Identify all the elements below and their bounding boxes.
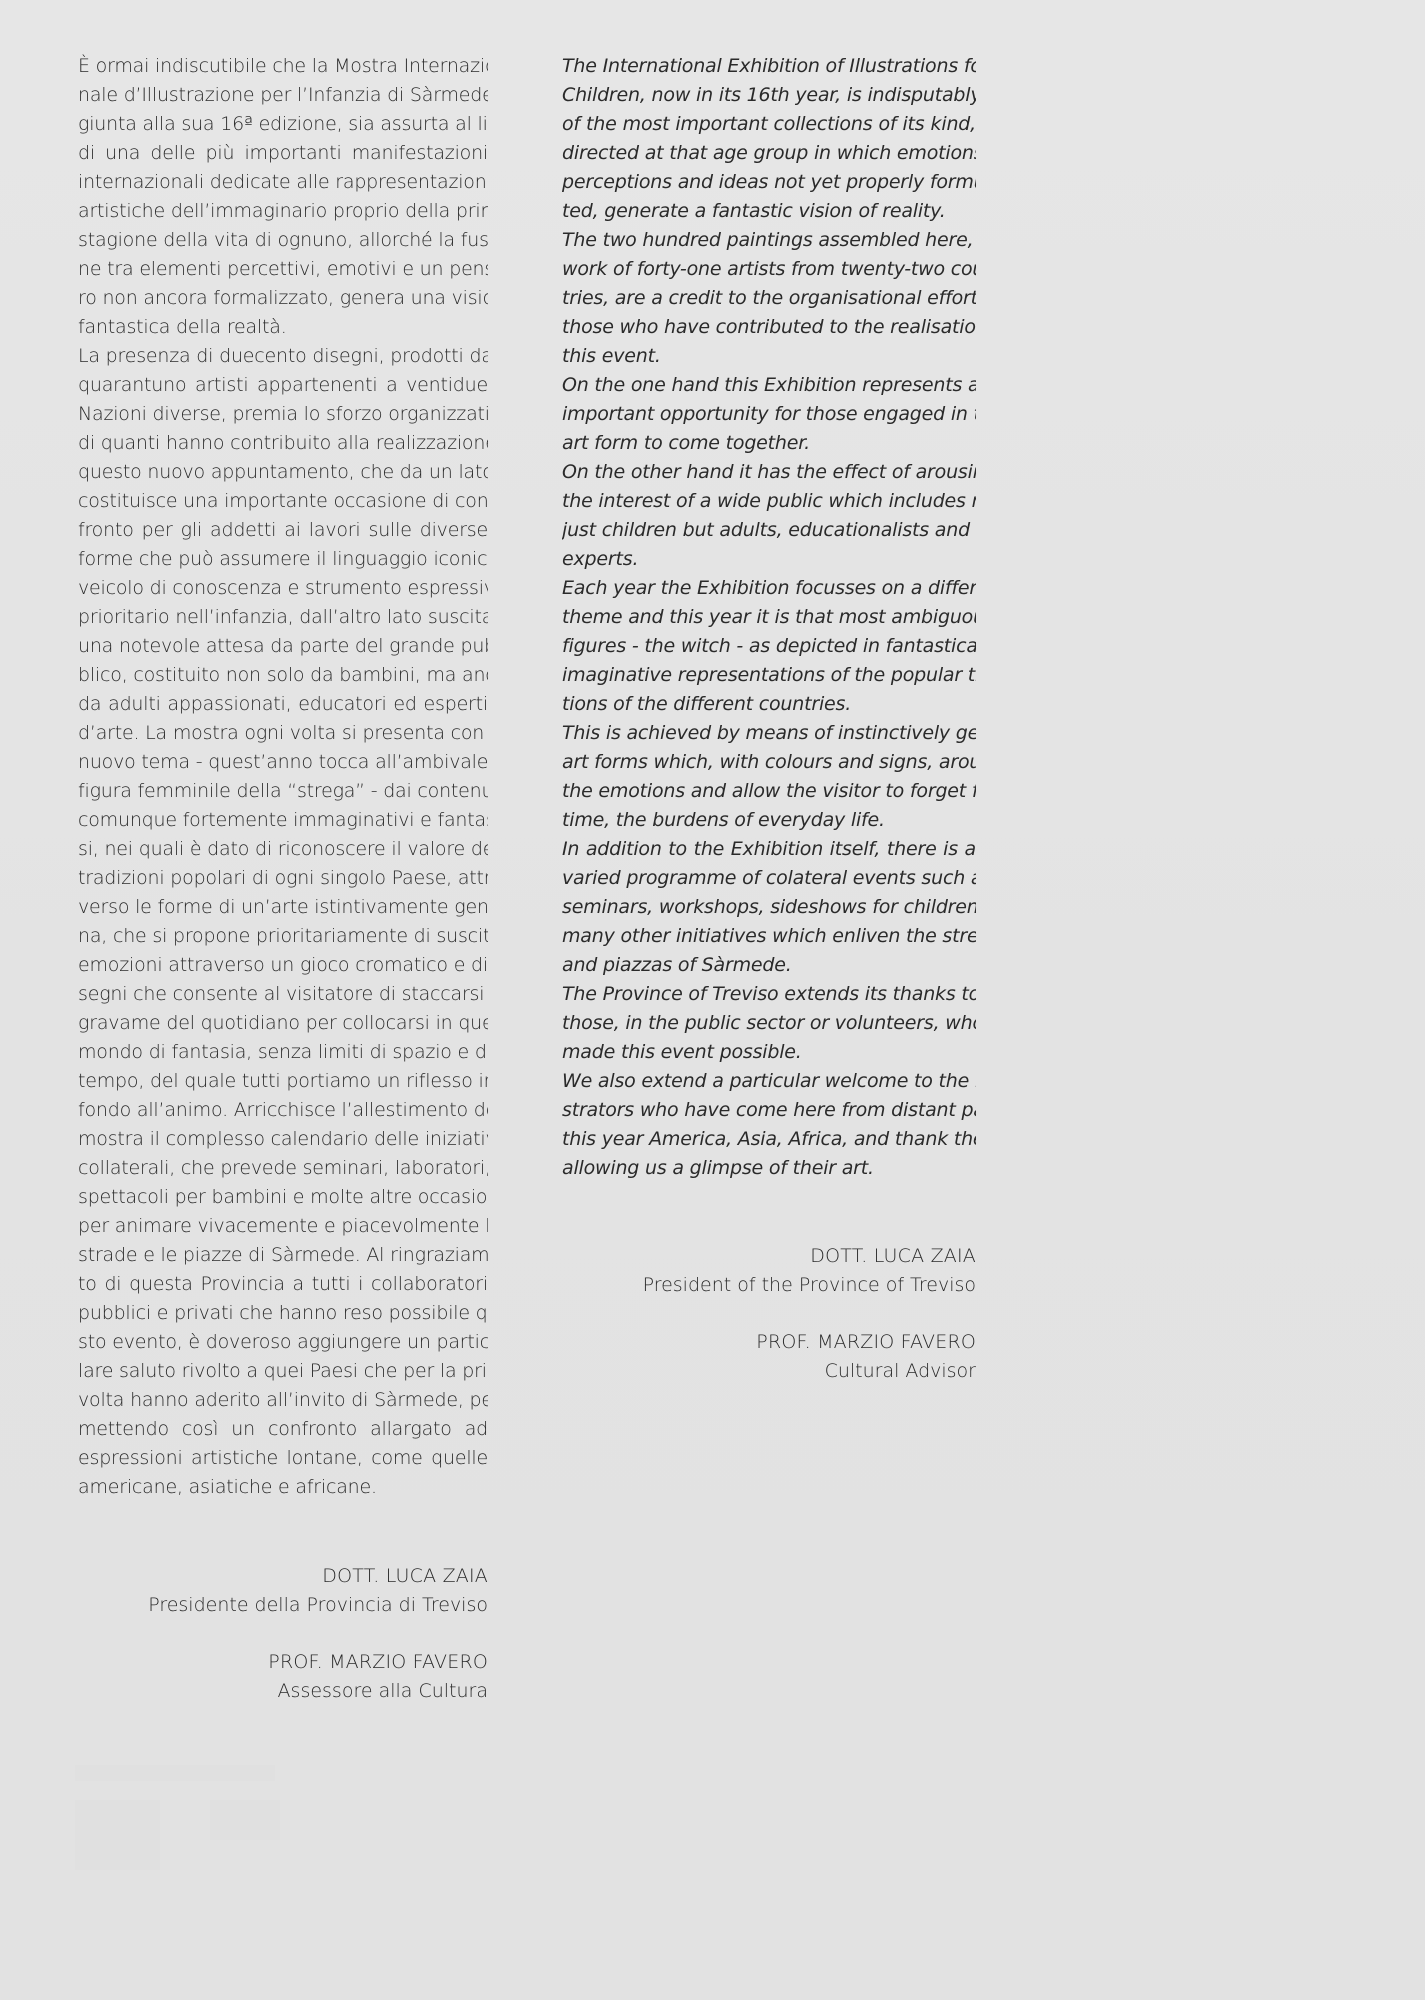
- signature-role: Cultural Advisor: [596, 1357, 976, 1386]
- text-line: directed at that age group in which emot…: [562, 139, 976, 168]
- text-line: fantastica della realtà.: [78, 313, 488, 342]
- text-line: d’arte. La mostra ogni volta si presenta…: [78, 719, 488, 748]
- text-line: mostra il complesso calendario delle ini…: [78, 1125, 488, 1154]
- text-line: americane, asiatiche e africane.: [78, 1473, 488, 1502]
- text-line: the emotions and allow the visitor to fo…: [562, 777, 976, 806]
- text-line: di quanti hanno contribuito alla realizz…: [78, 429, 488, 458]
- text-line: The International Exhibition of Illustra…: [562, 52, 976, 81]
- text-line: una notevole attesa da parte del grande …: [78, 632, 488, 661]
- text-line: espressioni artistiche lontane, come que…: [78, 1444, 488, 1473]
- italian-signatures: DOTT. LUCA ZAIA Presidente della Provinc…: [108, 1562, 488, 1706]
- text-line: This is achieved by means of instinctive…: [562, 719, 976, 748]
- text-line: nale d’Illustrazione per l’Infanzia di S…: [78, 81, 488, 110]
- show-through-block: [210, 1800, 280, 1840]
- text-line: mettendo così un confronto allargato ad: [78, 1415, 488, 1444]
- text-line: quarantuno artisti appartenenti a ventid…: [78, 371, 488, 400]
- text-line: giunta alla sua 16ª edizione, sia assurt…: [78, 110, 488, 139]
- text-line: na, che si propone prioritariamente di s…: [78, 922, 488, 951]
- text-line: those, in the public sector or volunteer…: [562, 1009, 976, 1038]
- show-through-block: [75, 1800, 160, 1870]
- text-line: strade e le piazze di Sàrmede. Al ringra…: [78, 1241, 488, 1270]
- english-signatures: DOTT. LUCA ZAIA President of the Provinc…: [596, 1242, 976, 1386]
- text-line: costituisce una importante occasione di …: [78, 487, 488, 516]
- text-line: fronto per gli addetti ai lavori sulle d…: [78, 516, 488, 545]
- signature-role: Assessore alla Cultura: [108, 1677, 488, 1706]
- text-line: On the one hand this Exhibition represen…: [562, 371, 976, 400]
- text-line: internazionali dedicate alle rappresenta…: [78, 168, 488, 197]
- text-line: tions of the different countries.: [562, 690, 976, 719]
- text-line: art forms which, with colours and signs,…: [562, 748, 976, 777]
- text-line: sto evento, è doveroso aggiungere un par…: [78, 1328, 488, 1357]
- text-line: time, the burdens of everyday life.: [562, 806, 976, 835]
- text-line: experts.: [562, 545, 976, 574]
- text-line: veicolo di conoscenza e strumento espres…: [78, 574, 488, 603]
- text-line: and piazzas of Sàrmede.: [562, 951, 976, 980]
- text-line: spettacoli per bambini e molte altre occ…: [78, 1183, 488, 1212]
- text-line: forme che può assumere il linguaggio ico…: [78, 545, 488, 574]
- text-line: Nazioni diverse, premia lo sforzo organi…: [78, 400, 488, 429]
- text-line: perceptions and ideas not yet properly f…: [562, 168, 976, 197]
- text-line: this year America, Asia, Africa, and tha…: [562, 1125, 976, 1154]
- text-line: si, nei quali è dato di riconoscere il v…: [78, 835, 488, 864]
- text-line: the interest of a wide public which incl…: [562, 487, 976, 516]
- text-line: pubblici e privati che hanno reso possib…: [78, 1299, 488, 1328]
- text-line: È ormai indiscutibile che la Mostra Inte…: [78, 52, 488, 81]
- text-line: tries, are a credit to the organisationa…: [562, 284, 976, 313]
- text-line: tempo, del quale tutti portiamo un rifle…: [78, 1067, 488, 1096]
- text-line: La presenza di duecento disegni, prodott…: [78, 342, 488, 371]
- signature-name: DOTT. LUCA ZAIA: [108, 1562, 488, 1591]
- text-line: seminars, workshops, sideshows for child…: [562, 893, 976, 922]
- text-line: ted, generate a fantastic vision of real…: [562, 197, 976, 226]
- text-line: We also extend a particular welcome to t…: [562, 1067, 976, 1096]
- signature-role: President of the Province of Treviso: [596, 1271, 976, 1300]
- text-line: varied programme of colateral events suc…: [562, 864, 976, 893]
- text-line: On the other hand it has the effect of a…: [562, 458, 976, 487]
- text-line: important opportunity for those engaged …: [562, 400, 976, 429]
- text-line: figures - the witch - as depicted in fan…: [562, 632, 976, 661]
- text-line: volta hanno aderito all’invito di Sàrmed…: [78, 1386, 488, 1415]
- text-line: just children but adults, educationalist…: [562, 516, 976, 545]
- signature-name: PROF. MARZIO FAVERO: [108, 1648, 488, 1677]
- text-line: collaterali, che prevede seminari, labor…: [78, 1154, 488, 1183]
- text-line: Children, now in its 16th year, is indis…: [562, 81, 976, 110]
- text-line: In addition to the Exhibition itself, th…: [562, 835, 976, 864]
- text-line: segni che consente al visitatore di stac…: [78, 980, 488, 1009]
- text-line: art form to come together.: [562, 429, 976, 458]
- text-line: stagione della vita di ognuno, allorché …: [78, 226, 488, 255]
- signature-name: PROF. MARZIO FAVERO: [596, 1328, 976, 1357]
- text-line: blico, costituito non solo da bambini, m…: [78, 661, 488, 690]
- text-line: allowing us a glimpse of their art.: [562, 1154, 976, 1183]
- text-line: verso le forme di un’arte istintivamente…: [78, 893, 488, 922]
- signature-name: DOTT. LUCA ZAIA: [596, 1242, 976, 1271]
- text-line: da adulti appassionati, educatori ed esp…: [78, 690, 488, 719]
- text-line: imaginative representations of the popul…: [562, 661, 976, 690]
- text-line: mondo di fantasia, senza limiti di spazi…: [78, 1038, 488, 1067]
- text-line: emozioni attraverso un gioco cromatico e…: [78, 951, 488, 980]
- text-line: prioritario nell’infanzia, dall’altro la…: [78, 603, 488, 632]
- text-line: ro non ancora formalizzato, genera una v…: [78, 284, 488, 313]
- text-line: gravame del quotidiano per collocarsi in…: [78, 1009, 488, 1038]
- text-line: this event.: [562, 342, 976, 371]
- text-line: nuovo tema - quest’anno tocca all’ambiva…: [78, 748, 488, 777]
- text-line: lare saluto rivolto a quei Paesi che per…: [78, 1357, 488, 1386]
- show-through-block: [75, 1765, 275, 1781]
- text-line: strators who have come here from distant…: [562, 1096, 976, 1125]
- text-line: artistiche dell’immaginario proprio dell…: [78, 197, 488, 226]
- text-line: of the most important collections of its…: [562, 110, 976, 139]
- text-line: The two hundred paintings assembled here…: [562, 226, 976, 255]
- text-line: those who have contributed to the realis…: [562, 313, 976, 342]
- text-line: many other initiatives which enliven the…: [562, 922, 976, 951]
- text-line: made this event possible.: [562, 1038, 976, 1067]
- text-line: di una delle più importanti manifestazio…: [78, 139, 488, 168]
- text-line: figura femminile della “strega” - dai co…: [78, 777, 488, 806]
- text-line: ne tra elementi percettivi, emotivi e un…: [78, 255, 488, 284]
- english-text-column: The International Exhibition of Illustra…: [562, 52, 976, 1183]
- signature-role: Presidente della Provincia di Treviso: [108, 1591, 488, 1620]
- text-line: tradizioni popolari di ogni singolo Paes…: [78, 864, 488, 893]
- text-line: to di questa Provincia a tutti i collabo…: [78, 1270, 488, 1299]
- text-line: work of forty-one artists from twenty-tw…: [562, 255, 976, 284]
- text-line: theme and this year it is that most ambi…: [562, 603, 976, 632]
- text-line: questo nuovo appuntamento, che da un lat…: [78, 458, 488, 487]
- text-line: The Province of Treviso extends its than…: [562, 980, 976, 1009]
- text-line: comunque fortemente immaginativi e fanta…: [78, 806, 488, 835]
- italian-text-column: È ormai indiscutibile che la Mostra Inte…: [78, 52, 488, 1502]
- text-line: Each year the Exhibition focusses on a d…: [562, 574, 976, 603]
- text-line: fondo all’animo. Arricchisce l’allestime…: [78, 1096, 488, 1125]
- text-line: per animare vivacemente e piacevolmente …: [78, 1212, 488, 1241]
